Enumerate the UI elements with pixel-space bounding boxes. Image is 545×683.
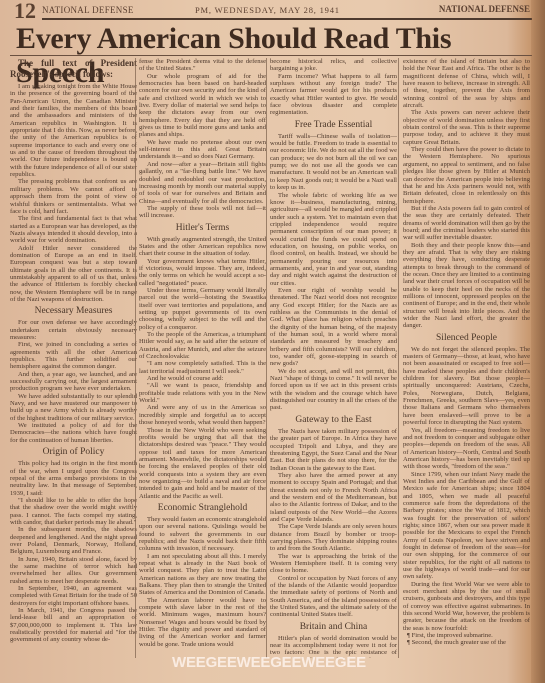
article-paragraph: They could then have the power to dictat… (403, 146, 530, 205)
article-column-3: become historical relics, and collective… (270, 58, 397, 658)
article-paragraph: And he would of course add: (139, 375, 266, 382)
article-paragraph: They also have the armed power at any mo… (270, 472, 397, 523)
article-paragraph: Under those terms, Germany would literal… (139, 287, 266, 331)
article-paragraph: The American laborer would have to compe… (139, 597, 266, 648)
article-column-1: The full text of President Roosevelt's s… (10, 58, 137, 658)
section-subhead: Origin of Policy (10, 446, 137, 458)
article-paragraph: I am speaking tonight from the White Hou… (10, 83, 137, 178)
article-paragraph: The first and fundamental fact is that w… (10, 215, 137, 244)
article-paragraph: But if the Axis powers fail to gain cont… (403, 205, 530, 242)
article-paragraph: The supply of these tools will not fail—… (139, 205, 266, 220)
column-divider (398, 58, 399, 658)
section-subhead: Economic Stranglehold (139, 502, 266, 514)
article-paragraph: To the people of the Americas, a triumph… (139, 331, 266, 360)
article-column-2: fense the President deems vital to the d… (139, 58, 266, 658)
article-paragraph: Farm income? What happens to all farm su… (270, 73, 397, 117)
article-paragraph: In the subsequent months, the shadows de… (10, 526, 137, 555)
section-subhead: Silenced People (403, 332, 530, 344)
section-label-right: NATIONAL DEFENSE (439, 4, 530, 14)
section-subhead: Hitler's Terms (139, 222, 266, 234)
article-paragraph: Yes, all freedom—meaning freedom to live… (403, 427, 530, 471)
column-divider (135, 58, 136, 658)
article-paragraph: We do not forget the silenced peoples. T… (403, 346, 530, 427)
masthead: 12 NATIONAL DEFENSE PM, WEDNESDAY, MAY 2… (10, 0, 530, 20)
article-paragraph: In September, 1940, an agreement was com… (10, 585, 137, 607)
article-column-4: existence of the island of Britain but a… (403, 58, 530, 658)
article-paragraph: Those in the New World who were seeking … (139, 427, 266, 500)
article-paragraph: Control or occupation by Nazi forces of … (270, 575, 397, 619)
watermark: WEEGEEWEEGEEWEEGEE (172, 654, 366, 671)
bullet-paragraph: ¶ Second, the much greater use of the (403, 639, 530, 646)
section-subhead: Necessary Measures (10, 305, 137, 317)
article-paragraph: The Cape Verde Islands are only seven ho… (270, 523, 397, 552)
article-paragraph: The whole fabric of working life as we k… (270, 192, 397, 287)
article-paragraph: The Nazis have taken military possession… (270, 428, 397, 472)
article-paragraph: Even our right of worship would be threa… (270, 287, 397, 368)
page-binding-shadow (531, 0, 545, 683)
article-paragraph: First, we joined in concluding a series … (10, 341, 137, 370)
article-paragraph: Since 1799, when our infant Navy made th… (403, 471, 530, 581)
section-subhead: Free Trade Essential (270, 119, 397, 131)
article-paragraph: In March, 1941, the Congress passed the … (10, 607, 137, 644)
article-paragraph: We instituted a policy of aid for the De… (10, 422, 137, 444)
section-label-left: NATIONAL DEFENSE (42, 5, 134, 15)
article-paragraph: And now—after a year—Britain still fight… (139, 161, 266, 205)
article-paragraph: The Axis powers can never achieve their … (403, 109, 530, 146)
column-divider (266, 58, 267, 658)
section-subhead: Britain and China (270, 621, 397, 633)
article-paragraph: The pressing problems that confront us a… (10, 178, 137, 215)
article-paragraph: Tariff walls—Chinese walls of isolation—… (270, 133, 397, 192)
article-paragraph: With greatly augmented strength, the Uni… (139, 236, 266, 258)
article-paragraph: In June, 1940, Britain stood alone, face… (10, 556, 137, 585)
article-paragraph: existence of the island of Britain but a… (403, 58, 530, 109)
article-paragraph: I am not speculating about all this. I m… (139, 553, 266, 597)
article-paragraph: "I should like to be able to offer the h… (10, 497, 137, 526)
newspaper-page: 12 NATIONAL DEFENSE PM, WEDNESDAY, MAY 2… (0, 0, 545, 683)
article-paragraph: fense the President deems vital to the d… (139, 58, 266, 73)
article-paragraph: Both they and their people know this—and… (403, 242, 530, 330)
article-paragraph: And then, a year ago, we launched, and a… (10, 371, 137, 393)
article-paragraph: They would fasten an economic strangleho… (139, 516, 266, 553)
article-paragraph: Adolf Hitler never considered the domina… (10, 245, 137, 304)
article-paragraph: This policy had its origin in the first … (10, 460, 137, 497)
section-subhead: Gateway to the East (270, 414, 397, 426)
article-paragraph: Our whole program of aid for the democra… (139, 73, 266, 139)
article-paragraph: We have made no pretense about our own s… (139, 139, 266, 161)
article-paragraph: "I am now completely satisfied. This is … (139, 360, 266, 375)
article-paragraph: The war is approaching the brink of the … (270, 553, 397, 575)
article-paragraph: And were any of us in the Americas so in… (139, 404, 266, 426)
page-number: 12 (14, 0, 36, 22)
article-paragraph: "All we want is peace, friendship and pr… (139, 382, 266, 404)
article-paragraph: For our own defense we have accordingly … (10, 319, 137, 341)
article-paragraph: Your government knows what terms Hitler,… (139, 258, 266, 287)
masthead-rule (42, 18, 532, 20)
article-paragraph: become historical relics, and collective… (270, 58, 397, 73)
headline-rule (10, 55, 532, 56)
article-paragraph: We do not accept, and will not permit, t… (270, 368, 397, 412)
article-intro: The full text of President Roosevelt's s… (10, 58, 137, 80)
article-paragraph: During the first World War we were able … (403, 581, 530, 632)
article-paragraph: We have added substantially to our splen… (10, 393, 137, 422)
bullet-paragraph: ¶ First, the improved submarine. (403, 632, 530, 639)
dateline: PM, WEDNESDAY, MAY 28, 1941 (195, 5, 340, 15)
